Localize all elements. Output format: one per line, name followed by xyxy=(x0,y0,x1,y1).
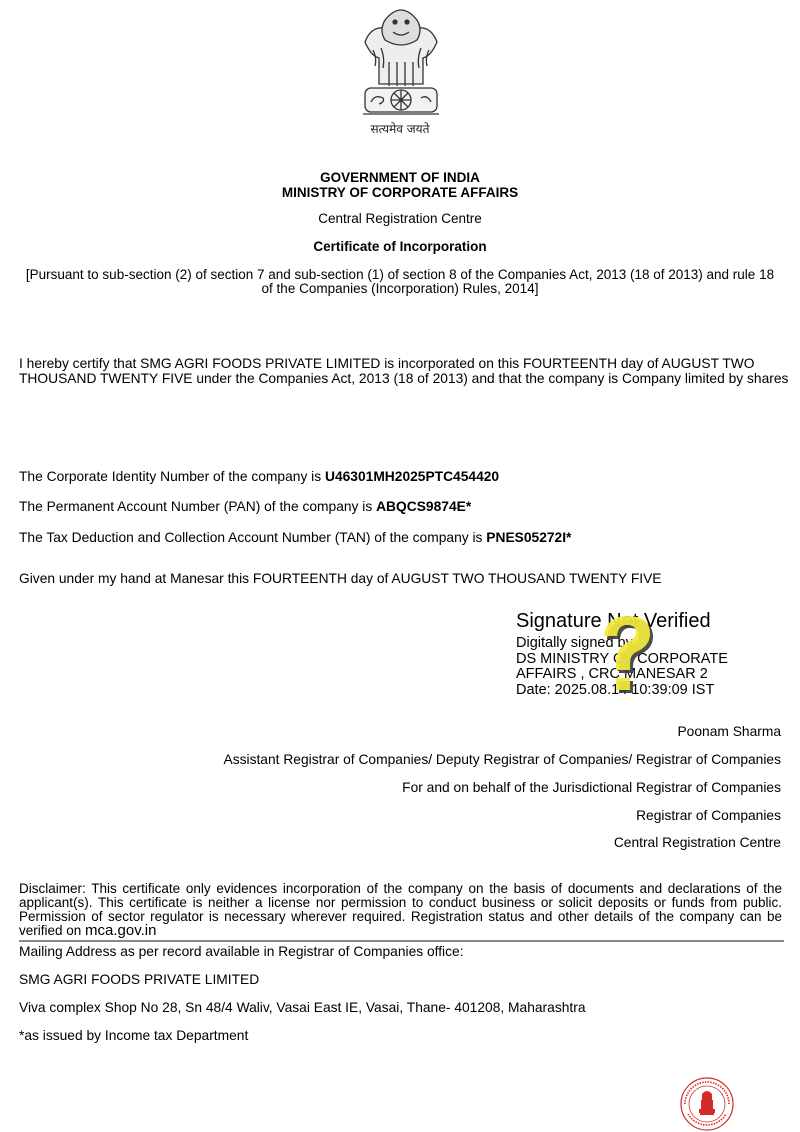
cin-value: U46301MH2025PTC454420 xyxy=(325,469,499,484)
cin-label: The Corporate Identity Number of the com… xyxy=(19,469,325,484)
disclaimer: Disclaimer: This certificate only eviden… xyxy=(19,882,782,938)
government-name: GOVERNMENT OF INDIA xyxy=(0,170,800,185)
signature-details: Digitally signed by DS MINISTRY OF CORPO… xyxy=(516,636,786,698)
mailing-address-label: Mailing Address as per record available … xyxy=(19,944,464,959)
divider xyxy=(19,940,784,942)
signature-line: Digitally signed by xyxy=(516,636,786,652)
mca-seal-icon xyxy=(676,1076,738,1132)
pan-line: The Permanent Account Number (PAN) of th… xyxy=(19,499,471,514)
signature-line: DS MINISTRY OF CORPORATE xyxy=(516,652,786,668)
signatory-behalf: For and on behalf of the Jurisdictional … xyxy=(402,780,781,795)
signatory-name: Poonam Sharma xyxy=(677,724,781,739)
legal-reference: [Pursuant to sub-section (2) of section … xyxy=(20,268,780,296)
footnote: *as issued by Income tax Department xyxy=(19,1028,248,1043)
signature-line: AFFAIRS , CRC MANESAR 2 xyxy=(516,667,786,683)
given-under-hand: Given under my hand at Manesar this FOUR… xyxy=(19,571,662,586)
signatory-registrar: Registrar of Companies xyxy=(636,808,781,823)
mca-website-link[interactable]: mca.gov.in xyxy=(85,922,156,939)
office-name: Central Registration Centre xyxy=(0,211,800,226)
digital-signature-block[interactable]: Signature Not Verified Digitally signed … xyxy=(516,610,786,698)
tan-label: The Tax Deduction and Collection Account… xyxy=(19,530,486,545)
tan-value: PNES05272I* xyxy=(486,530,571,545)
cin-line: The Corporate Identity Number of the com… xyxy=(19,469,499,484)
signatory-designation: Assistant Registrar of Companies/ Deputy… xyxy=(224,752,781,767)
pan-label: The Permanent Account Number (PAN) of th… xyxy=(19,499,376,514)
signature-status: Signature Not Verified xyxy=(516,610,786,632)
emblem-motto: सत्यमेव जयते xyxy=(340,120,460,137)
signature-line: Date: 2025.08.14 10:39:09 IST xyxy=(516,683,786,699)
certification-statement: I hereby certify that SMG AGRI FOODS PRI… xyxy=(19,357,789,386)
certificate-title: Certificate of Incorporation xyxy=(0,239,800,254)
ministry-name: MINISTRY OF CORPORATE AFFAIRS xyxy=(0,185,800,200)
mailing-company-name: SMG AGRI FOODS PRIVATE LIMITED xyxy=(19,972,259,987)
government-heading: GOVERNMENT OF INDIA MINISTRY OF CORPORAT… xyxy=(0,170,800,200)
mailing-address: Viva complex Shop No 28, Sn 48/4 Waliv, … xyxy=(19,1000,586,1015)
pan-value: ABQCS9874E* xyxy=(376,499,471,514)
tan-line: The Tax Deduction and Collection Account… xyxy=(19,530,571,545)
signatory-centre: Central Registration Centre xyxy=(614,835,781,850)
